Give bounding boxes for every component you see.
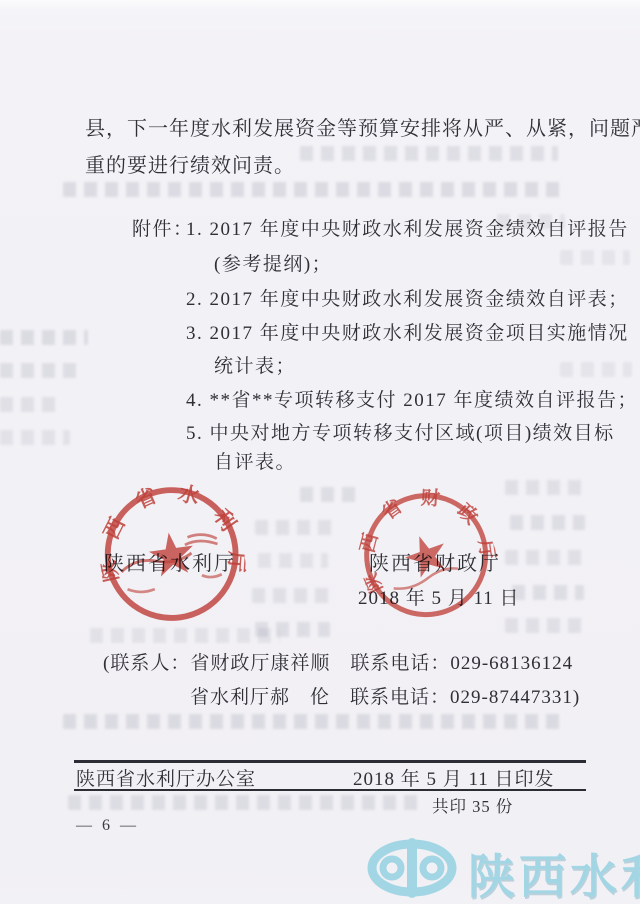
attachment-item-1-cont: (参考提纲)； [214, 249, 332, 276]
attachment-item-5-cont: 自评表。 [214, 447, 296, 474]
attachment-item-5: 5. 中央对地方专项转移支付区域(项目)绩效目标 [186, 418, 615, 445]
bleedthrough-artifact [505, 618, 585, 633]
body-paragraph-line-1: 县，下一年度水利发展资金等预算安排将从严、从紧，问题严 [85, 112, 640, 141]
footer-rule-bottom [74, 789, 586, 791]
attachment-item-3-cont: 统计表； [214, 351, 296, 378]
bleedthrough-artifact [512, 585, 584, 600]
page-number: — 6 — [76, 817, 139, 835]
footer-rule-top [74, 760, 586, 763]
bleedthrough-artifact [63, 182, 561, 197]
attachment-item-2: 2. 2017 年度中央财政水利发展资金绩效自评表； [186, 284, 629, 311]
attachment-item-1: 1. 2017 年度中央财政水利发展资金绩效自评报告 [186, 214, 629, 241]
right-official-seal: 陕西省财政厅 [340, 469, 513, 645]
bleedthrough-artifact [255, 520, 335, 535]
bleedthrough-artifact [0, 397, 62, 412]
bleedthrough-artifact [560, 250, 630, 265]
bleedthrough-artifact [300, 146, 558, 161]
bleedthrough-artifact [258, 553, 328, 568]
bleedthrough-artifact [560, 362, 632, 377]
body-paragraph-line-2: 重的要进行绩效问责。 [85, 149, 295, 178]
footer-copies-count: 共印 35 份 [432, 793, 513, 817]
attachments-label: 附件： [132, 214, 194, 241]
bleedthrough-artifact [510, 515, 585, 530]
watermark-logo-icon [366, 836, 458, 904]
contact-line-1: (联系人：省财政厅康祥顺 联系电话：029-68136124 [103, 648, 573, 675]
footer-print-date: 2018 年 5 月 11 日印发 [353, 764, 555, 791]
bleedthrough-artifact [68, 795, 420, 810]
attachment-item-3: 3. 2017 年度中央财政水利发展资金项目实施情况 [186, 318, 629, 345]
contact-line-2: 省水利厅郝 伦 联系电话：029-87447331) [190, 682, 580, 709]
bleedthrough-artifact [300, 487, 358, 502]
left-official-seal: 陕西省水利厅 [90, 473, 253, 641]
bleedthrough-artifact [0, 430, 70, 445]
scanned-document-page: 县，下一年度水利发展资金等预算安排将从严、从紧，问题严 重的要进行绩效问责。 附… [0, 0, 640, 904]
bleedthrough-artifact [0, 363, 78, 378]
bleedthrough-artifact [0, 330, 88, 345]
footer-issuer: 陕西省水利厅办公室 [76, 764, 256, 791]
watermark-brand-text: 陕西水利 [468, 840, 640, 904]
bleedthrough-artifact [63, 714, 560, 729]
bleedthrough-artifact [505, 480, 585, 495]
attachment-item-4: 4. **省**专项转移支付 2017 年度绩效自评报告； [186, 385, 638, 412]
bleedthrough-artifact [252, 588, 334, 603]
bleedthrough-artifact [505, 550, 585, 565]
